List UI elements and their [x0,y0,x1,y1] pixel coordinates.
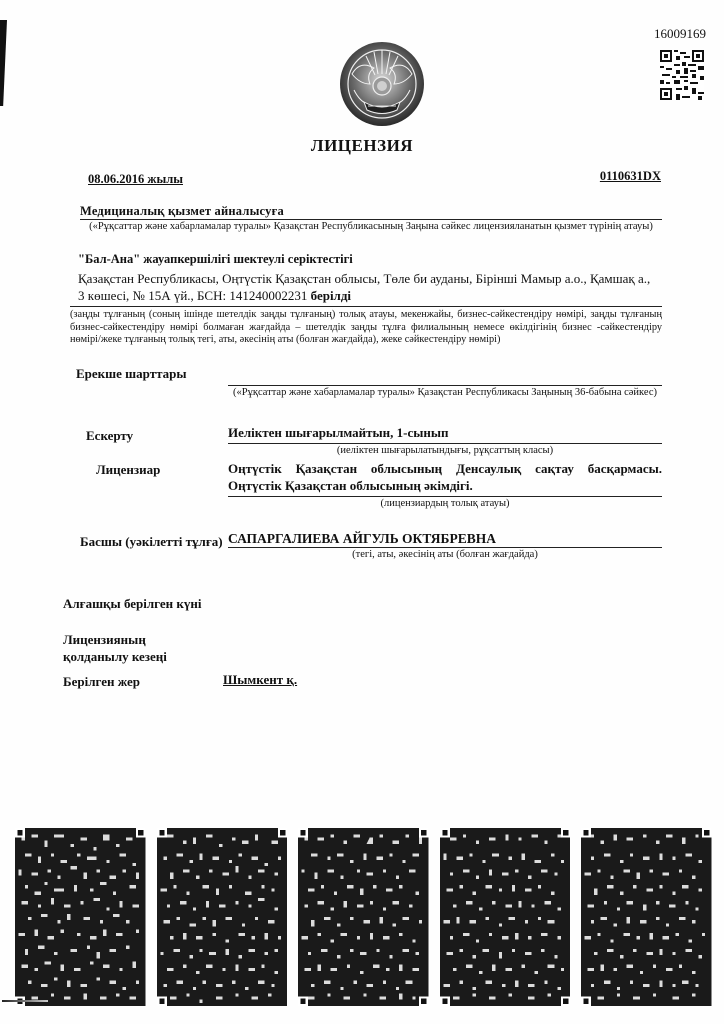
licensor-label: Лицензиар [96,462,160,478]
activity-caption: («Рұқсаттар және хабарламалар туралы» Қа… [80,220,662,233]
qr-code-row [15,828,712,1008]
qr-code-5 [581,828,712,1006]
licensee-address-line2: 3 көшесі, № 15А үй., БСН: 141240002231 б… [78,287,678,304]
qr-code-icon [15,828,146,1006]
head-label: Басшы (уәкілетті тұлға) [80,534,223,550]
activity-type-value: Медициналық қызмет айналысуға [80,204,284,219]
license-number: 0110631DX [600,169,661,184]
licensor-value-line2: Оңтүстік Қазақстан облысының әкімдігі. [228,477,662,494]
scan-edge-shadow [0,20,7,106]
first-issue-label: Алғашқы берілген күні [63,596,202,612]
qr-code-icon [298,828,429,1006]
head-caption: (тегі, аты, әкесінің аты (болған жағдайд… [228,548,662,561]
licensor-value: Оңтүстік Қазақстан облысының Денсаулық с… [228,460,662,494]
qr-code-4 [440,828,571,1006]
licensee-caption: (заңды тұлғаның (соның ішінде шетелдік з… [70,309,662,347]
special-conditions-caption: («Рұқсаттар және хабарламалар туралы» Қа… [228,386,662,399]
special-conditions-label: Ерекше шарттары [76,366,187,382]
place-value: Шымкент қ. [223,672,297,688]
head-value: САПАРГАЛИЕВА АЙГУЛЬ ОКТЯБРЕВНА [228,531,496,547]
validity-label: Лицензияның қолданылу кезеңі [63,631,167,665]
licensor-caption: (лицензиардың толық атауы) [228,497,662,510]
issued-word: берілді [311,288,351,303]
licensee-name: "Бал-Ана" жауапкершілігі шектеулі серікт… [78,252,353,267]
qr-code-3 [298,828,429,1006]
place-label: Берілген жер [63,674,140,690]
licensee-address: Қазақстан Республикасы, Оңтүстік Қазақст… [78,270,678,304]
qr-code-1 [15,828,146,1006]
document-title: ЛИЦЕНЗИЯ [0,136,724,156]
special-conditions-value [228,372,662,384]
scan-artifact-line [2,1000,48,1002]
document-number: 16009169 [654,26,706,42]
licensee-address-line2-text: 3 көшесі, № 15А үй., БСН: 141240002231 [78,288,307,303]
state-emblem-icon [338,40,426,128]
qr-code-icon [581,828,712,1006]
qr-code-icon [660,50,704,100]
licensee-address-line1: Қазақстан Республикасы, Оңтүстік Қазақст… [78,270,678,287]
qr-code-icon [440,828,571,1006]
validity-label-line1: Лицензияның [63,631,167,648]
licensee-divider [70,306,662,307]
validity-label-line2: қолданылу кезеңі [63,648,167,665]
issue-date: 08.06.2016 жылы [88,172,183,187]
licensor-value-line1: Оңтүстік Қазақстан облысының Денсаулық с… [228,460,662,477]
note-caption: (иеліктен шығарылатындығы, рұқсаттың кла… [228,444,662,457]
note-label: Ескерту [86,428,133,444]
qr-code-icon [157,828,288,1006]
qr-code-2 [157,828,288,1006]
note-value: Иеліктен шығарылмайтын, 1-сынып [228,425,449,441]
